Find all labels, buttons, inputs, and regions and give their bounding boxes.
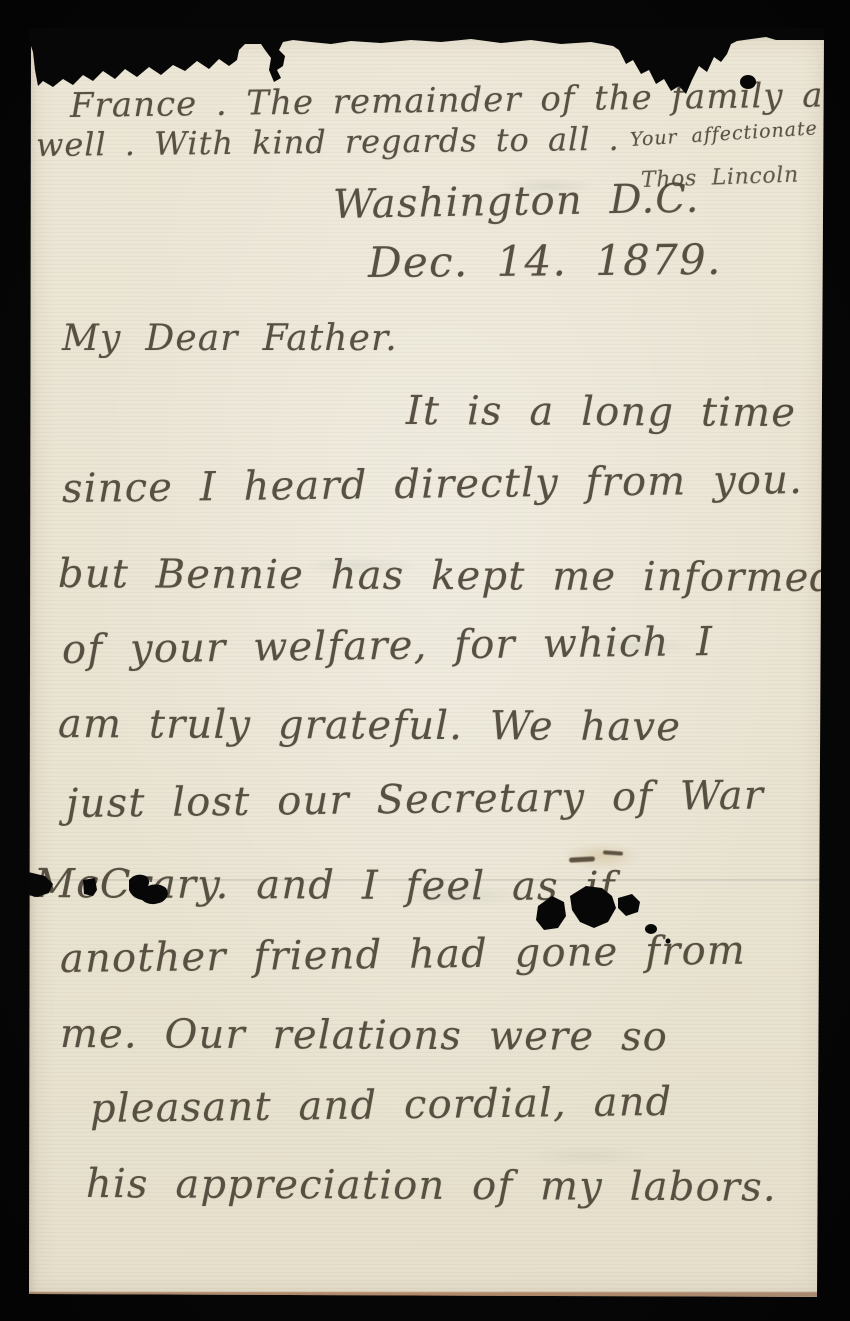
- body-line: just lost our Secretary of War: [66, 772, 765, 827]
- body-line: pleasant and cordial, and: [90, 1079, 673, 1132]
- salutation-line: My Dear Father.: [62, 318, 398, 359]
- body-line: me. Our relations were so: [60, 1011, 668, 1060]
- date-line: Dec. 14. 1879.: [368, 235, 722, 287]
- body-line: since I heard directly from you.: [62, 457, 804, 512]
- body-line: It is a long time: [406, 388, 796, 436]
- body-line: am truly grateful. We have: [58, 701, 681, 750]
- scan-background: France . The remainder of the family are…: [0, 0, 850, 1321]
- body-line: McCrary. and I feel as if: [34, 861, 616, 910]
- body-line: his appreciation of my labors.: [86, 1161, 777, 1211]
- body-line: but Bennie has kept me informed: [58, 551, 837, 601]
- place-line: Washington D.C.: [333, 176, 700, 228]
- letter-page: France . The remainder of the family are…: [29, 36, 824, 1297]
- closing-start: well . With kind regards to all .: [36, 120, 620, 164]
- closing-line: well . With kind regards to all .Your af…: [36, 117, 850, 164]
- body-line: another friend had gone from: [60, 928, 747, 982]
- body-line: of your welfare, for which I: [62, 619, 714, 673]
- closing-tail: Your affectionate son: [629, 114, 850, 151]
